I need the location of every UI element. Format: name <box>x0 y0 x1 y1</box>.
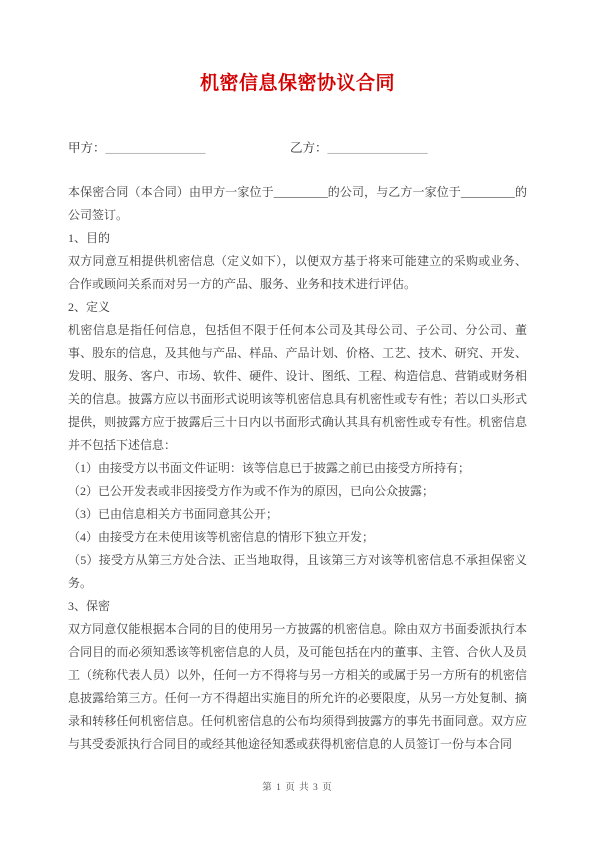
section-2-paragraph: 机密信息是指任何信息，包括但不限于任何本公司及其母公司、子公司、分公司、董事、股… <box>68 319 527 457</box>
page-number: 第 1 页 共 3 页 <box>0 779 595 793</box>
document-body: 本保密合同（本合同）由甲方一家位于_________的公司，与乙方一家位于___… <box>68 181 527 756</box>
section-3-heading: 3、保密 <box>68 595 527 618</box>
section-1-paragraph: 双方同意互相提供机密信息（定义如下），以便双方基于将来可能建立的采购或业务、合作… <box>68 250 527 296</box>
party-b-label: 乙方： <box>290 141 328 155</box>
party-a-blank-line: ________________ <box>106 141 206 155</box>
party-a-label: 甲方： <box>68 141 106 155</box>
definition-exception-3: （3）已由信息相关方书面同意其公开； <box>68 503 527 526</box>
definition-exception-4: （4）由接受方在未使用该等机密信息的情形下独立开发； <box>68 526 527 549</box>
document-title: 机密信息保密协议合同 <box>68 70 527 98</box>
definition-exception-2: （2）已公开发表或非因接受方作为或不作为的原因，已向公众披露； <box>68 480 527 503</box>
definition-exception-1: （1）由接受方以书面文件证明：该等信息已于披露之前已由接受方所持有； <box>68 457 527 480</box>
party-b-field: 乙方：________________ <box>290 140 527 157</box>
definition-exception-5: （5）接受方从第三方处合法、正当地取得，且该第三方对该等机密信息不承担保密义务。 <box>68 549 527 595</box>
party-a-field: 甲方：________________ <box>68 140 290 157</box>
section-3-paragraph: 双方同意仅能根据本合同的目的使用另一方披露的机密信息。除由双方书面委派执行本合同… <box>68 618 527 756</box>
section-1-heading: 1、目的 <box>68 227 527 250</box>
party-b-blank-line: ________________ <box>328 141 428 155</box>
section-2-heading: 2、定义 <box>68 296 527 319</box>
intro-paragraph: 本保密合同（本合同）由甲方一家位于_________的公司，与乙方一家位于___… <box>68 181 527 227</box>
parties-row: 甲方：________________ 乙方：________________ <box>68 140 527 157</box>
contract-page: 机密信息保密协议合同 甲方：________________ 乙方：______… <box>0 0 595 841</box>
